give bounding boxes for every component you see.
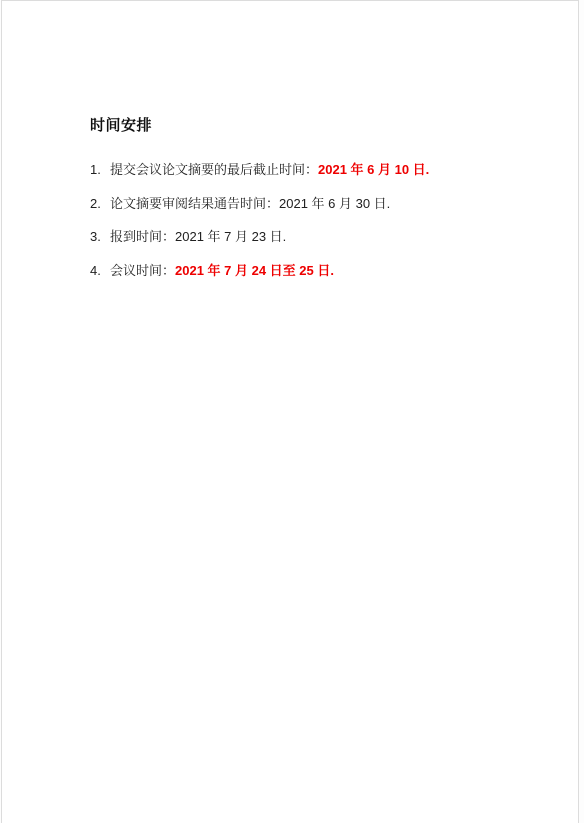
item-date: 2021 年 6 月 30 日. [279,196,390,211]
item-label: 会议时间： [110,263,175,278]
item-date: 2021 年 6 月 10 日. [318,162,429,177]
schedule-list: 1.提交会议论文摘要的最后截止时间：2021 年 6 月 10 日. 2.论文摘… [90,162,429,296]
list-item: 4.会议时间：2021 年 7 月 24 日至 25 日. [90,263,429,297]
list-item: 2.论文摘要审阅结果通告时间：2021 年 6 月 30 日. [90,196,429,230]
item-label: 提交会议论文摘要的最后截止时间： [110,162,318,177]
list-item: 1.提交会议论文摘要的最后截止时间：2021 年 6 月 10 日. [90,162,429,196]
item-date: 2021 年 7 月 23 日. [175,229,286,244]
item-label: 论文摘要审阅结果通告时间： [110,196,279,211]
item-date: 2021 年 7 月 24 日至 25 日. [175,263,334,278]
section-heading: 时间安排 [90,118,152,134]
item-number: 4. [90,263,110,279]
document-page: 时间安排 1.提交会议论文摘要的最后截止时间：2021 年 6 月 10 日. … [1,0,579,823]
item-number: 1. [90,162,110,178]
item-label: 报到时间： [110,229,175,244]
item-number: 2. [90,196,110,212]
list-item: 3.报到时间：2021 年 7 月 23 日. [90,229,429,263]
item-number: 3. [90,229,110,245]
